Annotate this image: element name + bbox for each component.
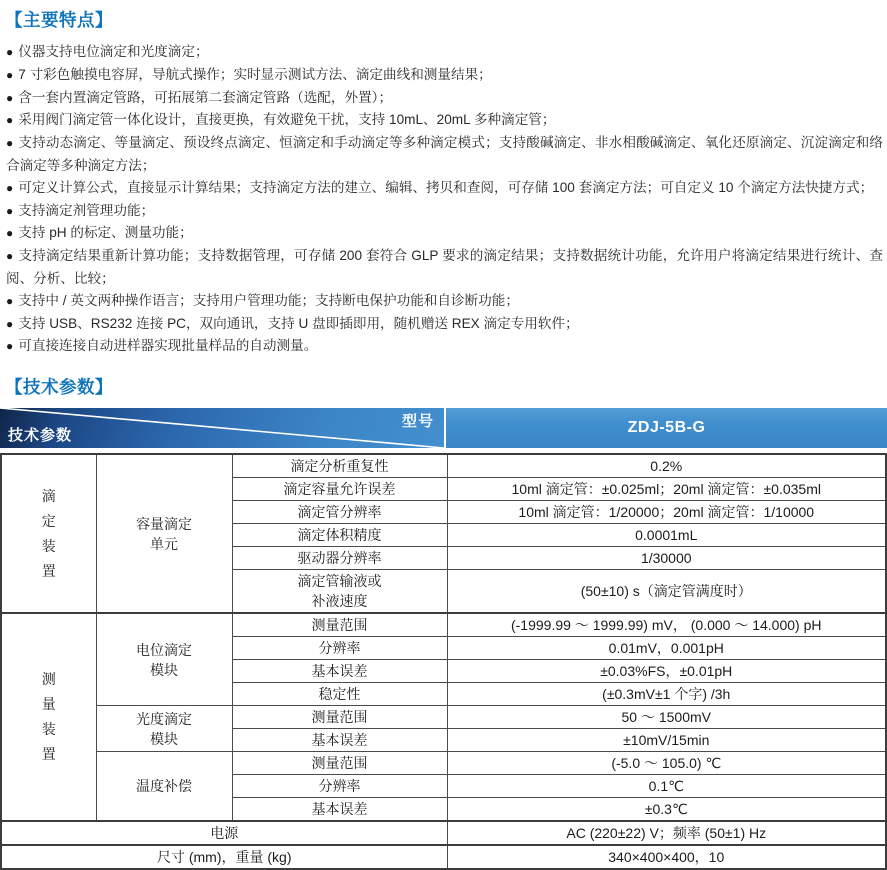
feature-item: ●支持滴定结果重新计算功能；支持数据管理，可存储 200 套符合 GLP 要求的… xyxy=(6,245,883,290)
value-cell: (±0.3mV±1 个字) /3h xyxy=(447,683,886,706)
param-cell: 滴定体积精度 xyxy=(232,524,447,547)
param-cell: 滴定管输液或 补液速度 xyxy=(232,570,447,614)
specs-title: 【技术参数】 xyxy=(5,374,887,399)
feature-text: 仪器支持电位滴定和光度滴定； xyxy=(18,44,208,59)
value-cell: 0.0001mL xyxy=(447,524,886,547)
bullet-icon: ● xyxy=(6,226,13,240)
param-cell: 基本误差 xyxy=(232,729,447,752)
feature-item: ●支持滴定剂管理功能； xyxy=(6,200,883,223)
spec-table-header: 型号 技术参数 ZDJ-5B-G xyxy=(0,408,887,448)
footer-value-cell: AC (220±22) V；频率 (50±1) Hz xyxy=(447,821,886,845)
value-cell: (50±10) s（滴定管满度时） xyxy=(447,570,886,614)
feature-item: ●支持 USB、RS232 连接 PC，双向通讯，支持 U 盘即插即用，随机赠送… xyxy=(6,313,883,336)
table-row: 电源 AC (220±22) V；频率 (50±1) Hz xyxy=(1,821,886,845)
param-cell: 测量范围 xyxy=(232,613,447,637)
param-cell: 基本误差 xyxy=(232,660,447,683)
footer-label-cell: 尺寸 (mm)，重量 (kg) xyxy=(1,845,447,869)
module-cell: 容量滴定 单元 xyxy=(96,454,232,613)
bullet-icon: ● xyxy=(6,181,13,195)
param-cell: 测量范围 xyxy=(232,752,447,775)
value-cell: (-5.0 ～ 105.0) ℃ xyxy=(447,752,886,775)
param-cell: 驱动器分辨率 xyxy=(232,547,447,570)
group-cell: 滴定装置 xyxy=(1,454,96,613)
feature-text: 含一套内置滴定管路，可拓展第二套滴定管路（选配，外置）； xyxy=(18,90,392,105)
param-cell: 滴定管分辨率 xyxy=(232,501,447,524)
feature-text: 支持 pH 的标定、测量功能； xyxy=(18,225,192,240)
param-cell: 基本误差 xyxy=(232,798,447,822)
feature-item: ●可定义计算公式，直接显示计算结果；支持滴定方法的建立、编辑、拷贝和查阅，可存储… xyxy=(6,177,883,200)
feature-item: ●可直接连接自动进样器实现批量样品的自动测量。 xyxy=(6,335,883,358)
value-cell: 50 ～ 1500mV xyxy=(447,706,886,729)
feature-item: ●支持中 / 英文两种操作语言；支持用户管理功能；支持断电保护功能和自诊断功能； xyxy=(6,290,883,313)
param-cell: 测量范围 xyxy=(232,706,447,729)
bullet-icon: ● xyxy=(6,68,13,82)
value-cell: ±0.03%FS，±0.01pH xyxy=(447,660,886,683)
feature-item: ●7 寸彩色触摸电容屏，导航式操作；实时显示测试方法、滴定曲线和测量结果； xyxy=(6,64,883,87)
module-cell: 电位滴定 模块 xyxy=(96,613,232,706)
header-model-caption: 型号 xyxy=(402,410,434,431)
value-cell: (-1999.99 ～ 1999.99) mV， (0.000 ～ 14.000… xyxy=(447,613,886,637)
param-cell: 滴定容量允许误差 xyxy=(232,478,447,501)
param-cell: 分辨率 xyxy=(232,637,447,660)
bullet-icon: ● xyxy=(6,204,13,218)
feature-text: 支持 USB、RS232 连接 PC，双向通讯，支持 U 盘即插即用，随机赠送 … xyxy=(18,316,578,331)
table-row: 测量装置 电位滴定 模块 测量范围 (-1999.99 ～ 1999.99) m… xyxy=(1,613,886,637)
value-cell: 0.1℃ xyxy=(447,775,886,798)
spec-table: 滴定装置 容量滴定 单元 滴定分析重复性 0.2% 滴定容量允许误差 10ml … xyxy=(0,453,887,870)
features-list: ●仪器支持电位滴定和光度滴定； ●7 寸彩色触摸电容屏，导航式操作；实时显示测试… xyxy=(0,41,887,358)
table-row: 温度补偿 测量范围 (-5.0 ～ 105.0) ℃ xyxy=(1,752,886,775)
param-cell: 滴定分析重复性 xyxy=(232,454,447,478)
bullet-icon: ● xyxy=(6,91,13,105)
feature-text: 采用阀门滴定管一体化设计，直接更换，有效避免干扰，支持 10mL、20mL 多种… xyxy=(18,112,555,127)
feature-text: 可直接连接自动进样器实现批量样品的自动测量。 xyxy=(18,338,317,353)
bullet-icon: ● xyxy=(6,113,13,127)
bullet-icon: ● xyxy=(6,136,13,150)
table-row: 滴定装置 容量滴定 单元 滴定分析重复性 0.2% xyxy=(1,454,886,478)
footer-value-cell: 340×400×400，10 xyxy=(447,845,886,869)
group-cell: 测量装置 xyxy=(1,613,96,821)
bullet-icon: ● xyxy=(6,294,13,308)
spec-sheet: 【主要特点】 ●仪器支持电位滴定和光度滴定； ●7 寸彩色触摸电容屏，导航式操作… xyxy=(0,0,887,870)
feature-item: ●支持 pH 的标定、测量功能； xyxy=(6,222,883,245)
param-cell: 分辨率 xyxy=(232,775,447,798)
feature-item: ●含一套内置滴定管路，可拓展第二套滴定管路（选配，外置）； xyxy=(6,87,883,110)
header-model-name: ZDJ-5B-G xyxy=(446,408,887,448)
bullet-icon: ● xyxy=(6,45,13,59)
value-cell: 1/30000 xyxy=(447,547,886,570)
value-cell: 0.01mV，0.001pH xyxy=(447,637,886,660)
feature-text: 可定义计算公式，直接显示计算结果；支持滴定方法的建立、编辑、拷贝和查阅，可存储 … xyxy=(18,180,873,195)
param-cell: 稳定性 xyxy=(232,683,447,706)
bullet-icon: ● xyxy=(6,249,13,263)
feature-item: ●支持动态滴定、等量滴定、预设终点滴定、恒滴定和手动滴定等多种滴定模式；支持酸碱… xyxy=(6,132,883,177)
feature-text: 支持滴定剂管理功能； xyxy=(18,203,154,218)
header-corner-cell: 型号 技术参数 xyxy=(0,408,446,448)
module-cell: 光度滴定 模块 xyxy=(96,706,232,752)
value-cell: ±10mV/15min xyxy=(447,729,886,752)
feature-text: 支持滴定结果重新计算功能；支持数据管理，可存储 200 套符合 GLP 要求的滴… xyxy=(6,248,883,286)
features-title: 【主要特点】 xyxy=(5,7,887,32)
feature-item: ●采用阀门滴定管一体化设计，直接更换，有效避免干扰，支持 10mL、20mL 多… xyxy=(6,109,883,132)
feature-item: ●仪器支持电位滴定和光度滴定； xyxy=(6,41,883,64)
value-cell: 0.2% xyxy=(447,454,886,478)
header-params-caption: 技术参数 xyxy=(8,424,72,445)
bullet-icon: ● xyxy=(6,317,13,331)
bullet-icon: ● xyxy=(6,339,13,353)
feature-text: 7 寸彩色触摸电容屏，导航式操作；实时显示测试方法、滴定曲线和测量结果； xyxy=(18,67,492,82)
table-row: 尺寸 (mm)，重量 (kg) 340×400×400，10 xyxy=(1,845,886,869)
feature-text: 支持动态滴定、等量滴定、预设终点滴定、恒滴定和手动滴定等多种滴定模式；支持酸碱滴… xyxy=(6,135,883,173)
table-row: 光度滴定 模块 测量范围 50 ～ 1500mV xyxy=(1,706,886,729)
value-cell: 10ml 滴定管：±0.025ml；20ml 滴定管：±0.035ml xyxy=(447,478,886,501)
value-cell: 10ml 滴定管：1/20000；20ml 滴定管：1/10000 xyxy=(447,501,886,524)
module-cell: 温度补偿 xyxy=(96,752,232,822)
value-cell: ±0.3℃ xyxy=(447,798,886,822)
footer-label-cell: 电源 xyxy=(1,821,447,845)
feature-text: 支持中 / 英文两种操作语言；支持用户管理功能；支持断电保护功能和自诊断功能； xyxy=(18,293,519,308)
